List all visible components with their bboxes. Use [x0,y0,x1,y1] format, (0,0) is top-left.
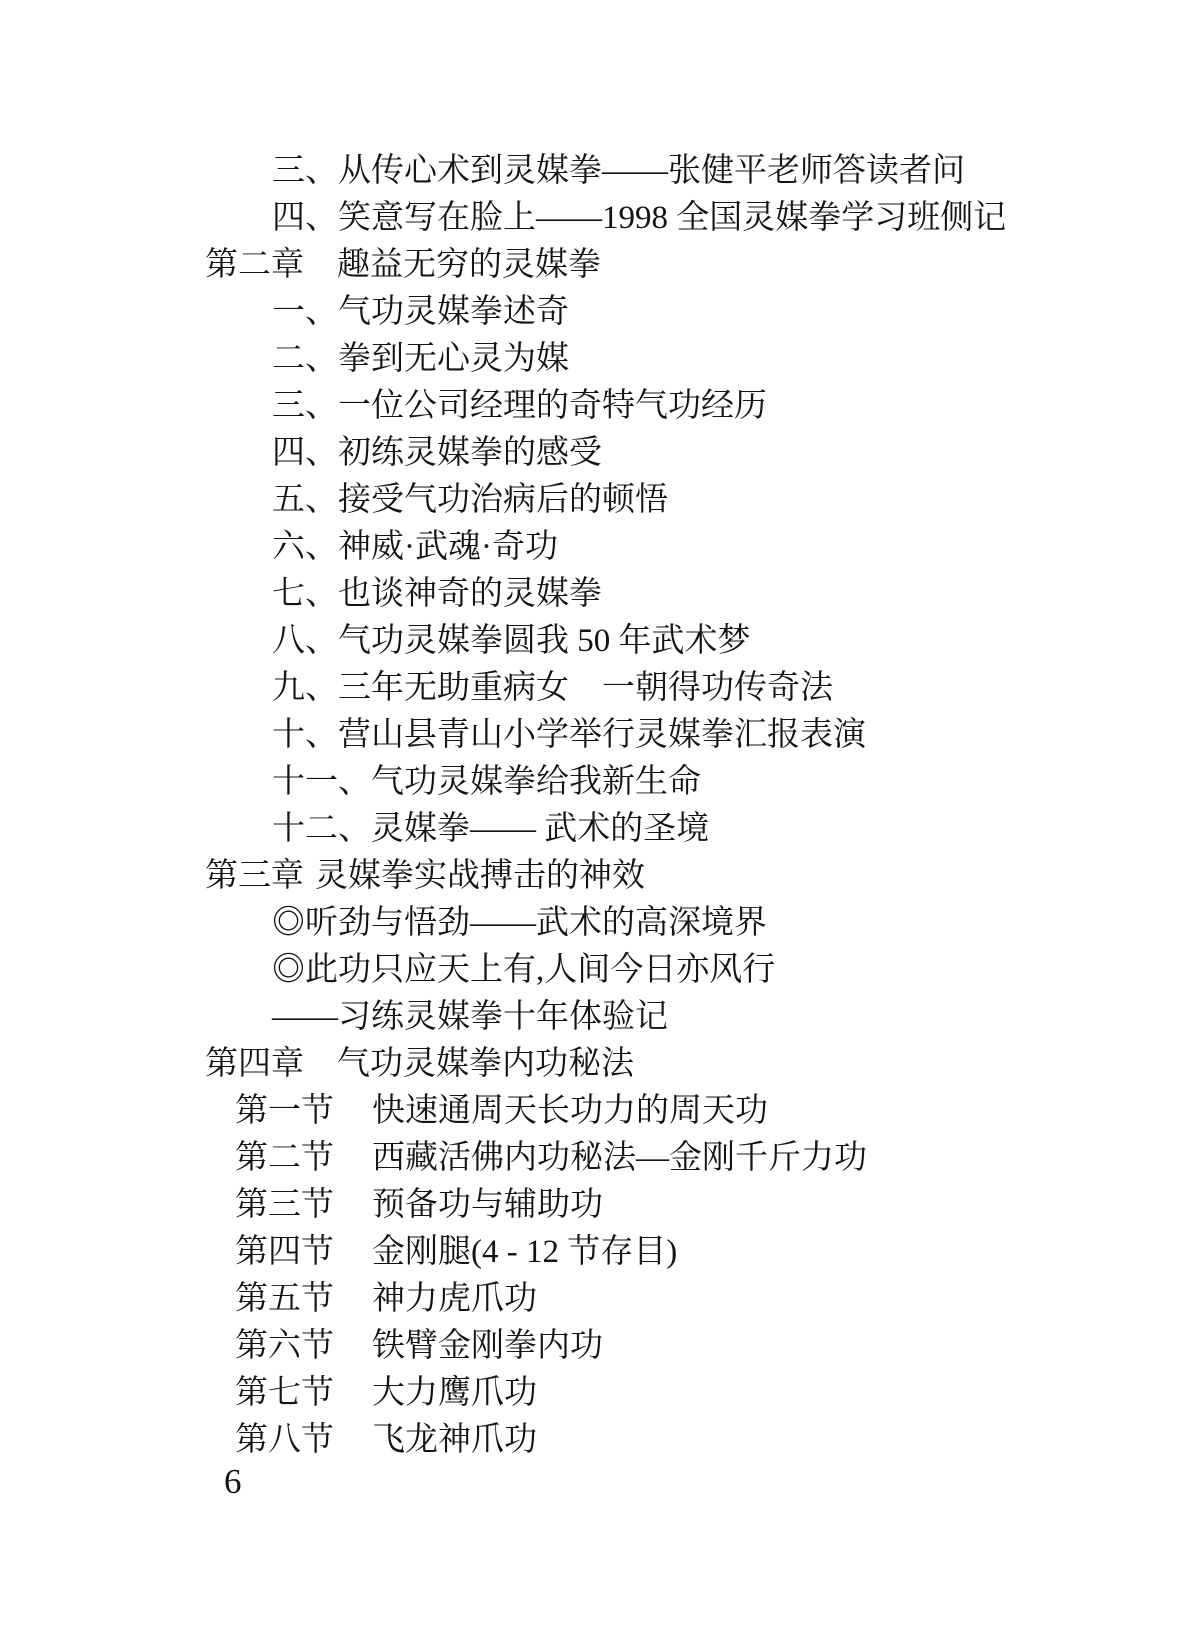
item-text: 三、一位公司经理的奇特气功经历 [272,383,767,430]
toc-line-item: 一、气功灵媒拳述奇 [0,289,1181,336]
section-number-label: 第一节 [235,1088,334,1135]
toc-line-section: 第八节飞龙神爪功 [0,1417,1181,1464]
section-number-label: 第八节 [235,1417,334,1464]
toc-line-section: 第四节金刚腿(4 - 12 节存目) [0,1229,1181,1276]
chapter-number-label: 第三章 [205,853,304,900]
item-text: 二、拳到无心灵为媒 [272,336,569,383]
section-number-label: 第四节 [235,1229,334,1276]
section-number-label: 第五节 [235,1276,334,1323]
section-title: 飞龙神爪功 [372,1417,537,1464]
section-number-label: 第三节 [235,1182,334,1229]
item-text: 八、气功灵媒拳圆我 50 年武术梦 [272,618,751,665]
toc-line-item: ◎此功只应天上有,人间今日亦风行 [0,947,1181,994]
item-text: 五、接受气功治病后的顿悟 [272,477,668,524]
toc-line-section: 第五节神力虎爪功 [0,1276,1181,1323]
item-text: ◎听劲与悟劲——武术的高深境界 [272,900,767,947]
toc-line-chapter: 第四章气功灵媒拳内功秘法 [0,1041,1181,1088]
item-text: 四、笑意写在脸上——1998 全国灵媒拳学习班侧记 [272,195,1006,242]
item-text: 十、营山县青山小学举行灵媒拳汇报表演 [272,712,866,759]
item-text: 三、从传心术到灵媒拳——张健平老师答读者问 [272,148,965,195]
toc-line-section: 第六节铁臂金刚拳内功 [0,1323,1181,1370]
toc-line-section: 第七节大力鹰爪功 [0,1370,1181,1417]
item-text: ◎此功只应天上有,人间今日亦风行 [272,947,775,994]
section-title: 铁臂金刚拳内功 [372,1323,603,1370]
toc-line-item: ◎听劲与悟劲——武术的高深境界 [0,900,1181,947]
item-text: 九、三年无助重病女 一朝得功传奇法 [272,665,833,712]
item-text: 十一、气功灵媒拳给我新生命 [272,759,701,806]
toc-line-item: 二、拳到无心灵为媒 [0,336,1181,383]
page-number: 6 [224,1462,242,1502]
toc-line-item: 十、营山县青山小学举行灵媒拳汇报表演 [0,712,1181,759]
section-number-label: 第七节 [235,1370,334,1417]
toc-line-item: 十一、气功灵媒拳给我新生命 [0,759,1181,806]
toc-line-item: 九、三年无助重病女 一朝得功传奇法 [0,665,1181,712]
item-text: 六、神威·武魂·奇功 [272,524,558,571]
section-title: 快速通周天长功力的周天功 [372,1088,768,1135]
item-text: 十二、灵媒拳—— 武术的圣境 [272,806,709,853]
chapter-title: 气功灵媒拳内功秘法 [337,1041,634,1088]
section-number-label: 第六节 [235,1323,334,1370]
toc-line-item: 十二、灵媒拳—— 武术的圣境 [0,806,1181,853]
toc-line-section: 第二节西藏活佛内功秘法—金刚千斤力功 [0,1135,1181,1182]
chapter-title: 灵媒拳实战搏击的神效 [315,853,645,900]
chapter-title: 趣益无穷的灵媒拳 [337,242,601,289]
section-title: 金刚腿(4 - 12 节存目) [372,1229,677,1276]
toc-line-item: 三、一位公司经理的奇特气功经历 [0,383,1181,430]
toc-line-item: ——习练灵媒拳十年体验记 [0,994,1181,1041]
section-title: 西藏活佛内功秘法—金刚千斤力功 [372,1135,867,1182]
scanned-book-page: 三、从传心术到灵媒拳——张健平老师答读者问四、笑意写在脸上——1998 全国灵媒… [0,0,1181,1633]
item-text: ——习练灵媒拳十年体验记 [272,994,668,1041]
toc-line-item: 七、也谈神奇的灵媒拳 [0,571,1181,618]
toc-line-item: 四、初练灵媒拳的感受 [0,430,1181,477]
toc-line-item: 三、从传心术到灵媒拳——张健平老师答读者问 [0,148,1181,195]
toc-list: 三、从传心术到灵媒拳——张健平老师答读者问四、笑意写在脸上——1998 全国灵媒… [0,148,1181,1464]
section-number-label: 第二节 [235,1135,334,1182]
section-title: 大力鹰爪功 [372,1370,537,1417]
item-text: 七、也谈神奇的灵媒拳 [272,571,602,618]
section-title: 神力虎爪功 [372,1276,537,1323]
toc-line-section: 第三节预备功与辅助功 [0,1182,1181,1229]
toc-line-item: 八、气功灵媒拳圆我 50 年武术梦 [0,618,1181,665]
item-text: 一、气功灵媒拳述奇 [272,289,569,336]
toc-line-chapter: 第二章趣益无穷的灵媒拳 [0,242,1181,289]
toc-line-section: 第一节快速通周天长功力的周天功 [0,1088,1181,1135]
toc-line-item: 五、接受气功治病后的顿悟 [0,477,1181,524]
chapter-number-label: 第二章 [205,242,304,289]
chapter-number-label: 第四章 [205,1041,304,1088]
toc-line-item: 四、笑意写在脸上——1998 全国灵媒拳学习班侧记 [0,195,1181,242]
section-title: 预备功与辅助功 [372,1182,603,1229]
toc-line-item: 六、神威·武魂·奇功 [0,524,1181,571]
toc-line-chapter: 第三章灵媒拳实战搏击的神效 [0,853,1181,900]
item-text: 四、初练灵媒拳的感受 [272,430,602,477]
